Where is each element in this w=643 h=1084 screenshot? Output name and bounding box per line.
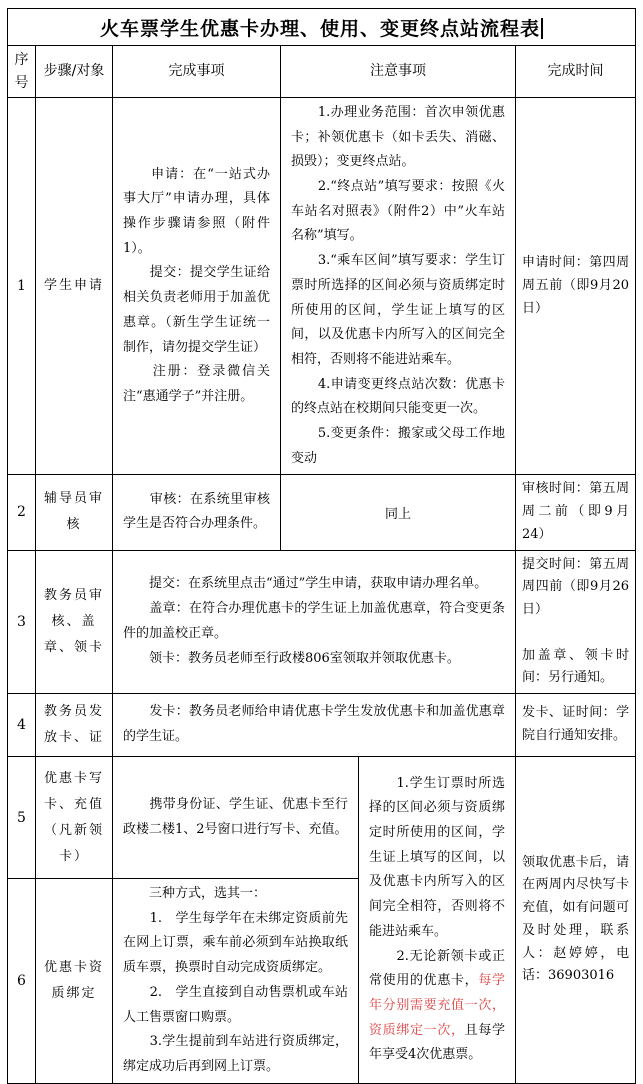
row-5-no: 5 xyxy=(8,757,36,879)
row-1-tasks: 申请：在“一站式办事大厅”申请办理，具体操作步骤请参照（附件1）。 提交：提交学… xyxy=(113,98,281,475)
header-time: 完成时间 xyxy=(516,46,636,98)
row-5-step: 优惠卡写卡、充值（凡新领卡） xyxy=(36,757,113,879)
table-row-4: 4 教务员发放卡、证 发卡：教务员老师给申请优惠卡学生发放优惠卡和加盖优惠章的学… xyxy=(8,694,636,757)
header-row: 序号 步骤/对象 完成事项 注意事项 完成时间 xyxy=(8,46,636,98)
row-6-no: 6 xyxy=(8,879,36,1084)
row-2-step: 辅导员审核 xyxy=(36,475,113,550)
row-3-time: 提交时间：第五周周四前（即9月26日） 加盖章、领卡时间：另行通知。 xyxy=(516,550,636,694)
row-1-notes: 1.办理业务范围：首次申领优惠卡；补领优惠卡（如卡丢失、消磁、损毁）；变更终点站… xyxy=(281,98,516,475)
row-5-tasks: 携带身份证、学生证、优惠卡至行政楼二楼1、2号窗口进行写卡、充值。 xyxy=(113,757,359,879)
header-step: 步骤/对象 xyxy=(36,46,113,98)
title-cell: 火车票学生优惠卡办理、使用、变更终点站流程表 xyxy=(8,9,636,46)
page-title: 火车票学生优惠卡办理、使用、变更终点站流程表 xyxy=(100,18,540,40)
title-row: 火车票学生优惠卡办理、使用、变更终点站流程表 xyxy=(8,9,636,46)
header-notes: 注意事项 xyxy=(281,46,516,98)
row-6-step: 优惠卡资质绑定 xyxy=(36,879,113,1084)
row-4-tasks: 发卡：教务员老师给申请优惠卡学生发放优惠卡和加盖优惠章的学生证。 xyxy=(113,694,516,757)
row-4-step: 教务员发放卡、证 xyxy=(36,694,113,757)
row-1-step: 学生申请 xyxy=(36,98,113,475)
row-2-tasks: 审核：在系统里审核学生是否符合办理条件。 xyxy=(113,475,281,550)
row-2-time: 审核时间：第五周周二前（即9月24） xyxy=(516,475,636,550)
row-4-no: 4 xyxy=(8,694,36,757)
rows-5-6-notes: 1.学生订票时所选择的区间必须与资质绑定时所使用的区间，学生证上填写的区间，以及… xyxy=(359,757,516,1084)
table-row-1: 1 学生申请 申请：在“一站式办事大厅”申请办理，具体操作步骤请参照（附件1）。… xyxy=(8,98,636,475)
row-2-no: 2 xyxy=(8,475,36,550)
row-6-tasks: 三种方式，选其一： 1. 学生每学年在未绑定资质前先在网上订票，乘车前必须到车站… xyxy=(113,879,359,1084)
rows-5-6-time: 领取优惠卡后，请在两周内尽快写卡充值，如有问题可及时处理，联系人：赵婷婷，电话：… xyxy=(516,757,636,1084)
table-row-5: 5 优惠卡写卡、充值（凡新领卡） 携带身份证、学生证、优惠卡至行政楼二楼1、2号… xyxy=(8,757,636,879)
workflow-table: 火车票学生优惠卡办理、使用、变更终点站流程表 序号 步骤/对象 完成事项 注意事… xyxy=(7,8,636,1084)
row-1-no: 1 xyxy=(8,98,36,475)
header-tasks: 完成事项 xyxy=(113,46,281,98)
row-4-time: 发卡、证时间：学院自行通知安排。 xyxy=(516,694,636,757)
table-row-3: 3 教务员审核、盖章、领卡 提交：在系统里点击“通过”学生申请，获取申请办理名单… xyxy=(8,550,636,694)
header-no: 序号 xyxy=(8,46,36,98)
row-1-time: 申请时间：第四周周五前（即9月20日） xyxy=(516,98,636,475)
row-2-notes: 同上 xyxy=(281,475,516,550)
text-cursor xyxy=(541,18,543,39)
row-3-step: 教务员审核、盖章、领卡 xyxy=(36,550,113,694)
notes-black-part-1: 1.学生订票时所选择的区间必须与资质绑定时所使用的区间，学生证上填写的区间，以及… xyxy=(369,776,505,989)
row-3-tasks: 提交：在系统里点击“通过”学生申请，获取申请办理名单。 盖章：在符合办理优惠卡的… xyxy=(113,550,516,694)
row-3-no: 3 xyxy=(8,550,36,694)
table-row-2: 2 辅导员审核 审核：在系统里审核学生是否符合办理条件。 同上 审核时间：第五周… xyxy=(8,475,636,550)
